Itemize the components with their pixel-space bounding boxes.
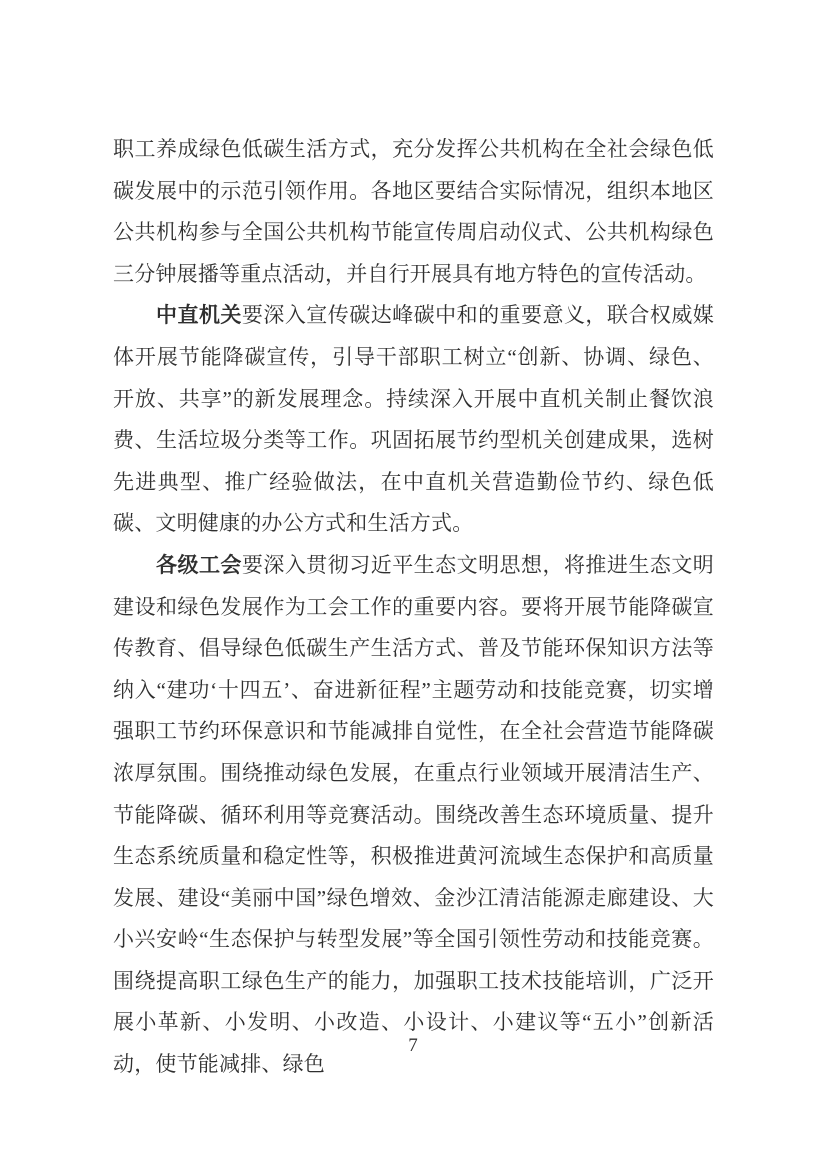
paragraph-zhongzhi-jiguan: 中直机关要深入宣传碳达峰碳中和的重要意义，联合权威媒体开展节能降碳宣传，引导干部…: [113, 295, 714, 545]
paragraph-text: 职工养成绿色低碳生活方式，充分发挥公共机构在全社会绿色低碳发展中的示范引领作用。…: [113, 137, 714, 286]
document-body: 职工养成绿色低碳生活方式，充分发挥公共机构在全社会绿色低碳发展中的示范引领作用。…: [113, 129, 714, 1086]
paragraph-text: 要深入宣传碳达峰碳中和的重要意义，联合权威媒体开展节能降碳宣传，引导干部职工树立…: [113, 303, 714, 535]
paragraph-lead-bold: 各级工会: [156, 553, 242, 577]
paragraph-text: 要深入贯彻习近平生态文明思想，将推进生态文明建设和绿色发展作为工会工作的重要内容…: [113, 553, 714, 1076]
page-number: 7: [0, 1035, 826, 1057]
paragraph-lead-bold: 中直机关: [156, 303, 242, 327]
document-page: 职工养成绿色低碳生活方式，充分发挥公共机构在全社会绿色低碳发展中的示范引领作用。…: [0, 0, 826, 1169]
paragraph-geji-gonghui: 各级工会要深入贯彻习近平生态文明思想，将推进生态文明建设和绿色发展作为工会工作的…: [113, 545, 714, 1086]
paragraph-continuation: 职工养成绿色低碳生活方式，充分发挥公共机构在全社会绿色低碳发展中的示范引领作用。…: [113, 129, 714, 295]
